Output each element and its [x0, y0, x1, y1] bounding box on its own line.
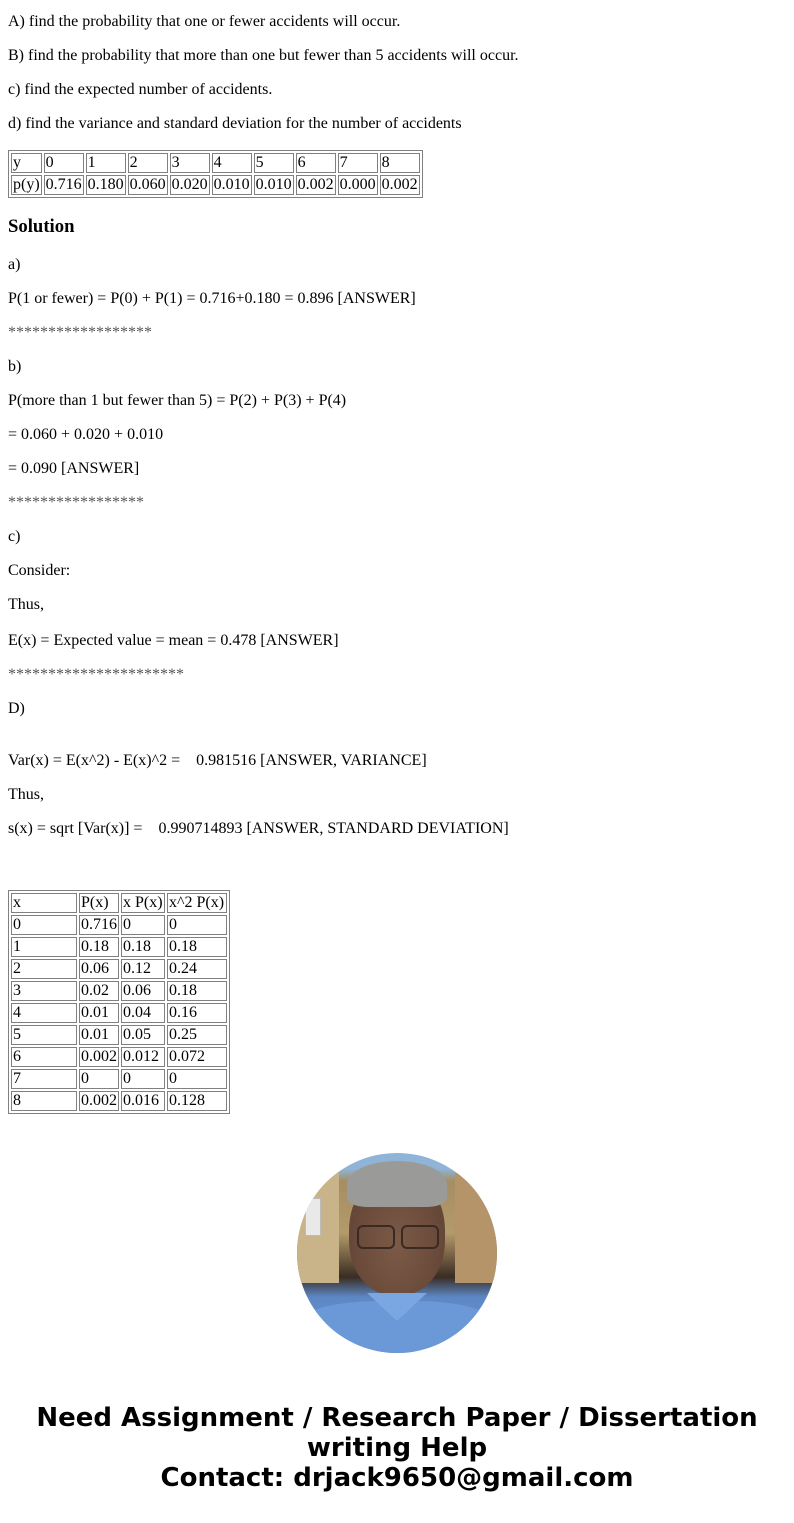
promo-banner: Need Assignment / Research Paper / Disse… [0, 1403, 794, 1493]
table-cell: 0.000 [338, 175, 378, 195]
part-b-sum: = 0.060 + 0.020 + 0.010 [8, 426, 163, 444]
table-cell: 0.01 [79, 1003, 119, 1023]
separator: ********************** [8, 666, 184, 684]
table-cell: 6 [11, 1047, 77, 1067]
column-header: x P(x) [121, 893, 165, 913]
column-header: P(x) [79, 893, 119, 913]
promo-contact: Contact: drjack9650@gmail.com [0, 1463, 794, 1493]
table-cell: 0.016 [121, 1091, 165, 1111]
table-cell: 0.01 [79, 1025, 119, 1045]
part-c-answer: E(x) = Expected value = mean = 0.478 [AN… [8, 632, 339, 650]
distribution-table: y012345678p(y)0.7160.1800.0600.0200.0100… [8, 150, 423, 198]
table-row: 20.060.120.24 [11, 959, 227, 979]
table-cell: 0 [11, 915, 77, 935]
table-cell: 0 [79, 1069, 119, 1089]
solution-heading: Solution [8, 216, 74, 238]
question-c: c) find the expected number of accidents… [8, 81, 272, 99]
table-cell: 0.18 [167, 937, 227, 957]
table-cell: 0 [121, 915, 165, 935]
question-d: d) find the variance and standard deviat… [8, 115, 462, 133]
table-cell: 2 [11, 959, 77, 979]
table-cell: 0.002 [79, 1047, 119, 1067]
part-d-thus: Thus, [8, 786, 44, 804]
table-cell: 5 [11, 1025, 77, 1045]
table-row: 80.0020.0160.128 [11, 1091, 227, 1111]
separator: ***************** [8, 494, 144, 512]
avatar-collar [367, 1293, 397, 1321]
table-cell: 0.04 [121, 1003, 165, 1023]
table-cell: 0.12 [121, 959, 165, 979]
table-cell: y [11, 153, 42, 173]
part-c-thus: Thus, [8, 596, 44, 614]
table-row: y012345678 [11, 153, 420, 173]
avatar-glasses [357, 1225, 395, 1249]
question-b: B) find the probability that more than o… [8, 47, 519, 65]
table-cell: 0.002 [296, 175, 336, 195]
table-cell: 0 [44, 153, 84, 173]
question-a: A) find the probability that one or fewe… [8, 13, 400, 31]
table-cell: 6 [296, 153, 336, 173]
part-c-consider: Consider: [8, 562, 70, 580]
column-header: x^2 P(x) [167, 893, 227, 913]
part-c-label: c) [8, 528, 20, 546]
table-cell: 0.012 [121, 1047, 165, 1067]
column-header: x [11, 893, 77, 913]
table-cell: 3 [11, 981, 77, 1001]
table-cell: 0 [167, 1069, 227, 1089]
table-row: 10.180.180.18 [11, 937, 227, 957]
table-cell: 7 [11, 1069, 77, 1089]
avatar-background [305, 1198, 321, 1236]
table-row: 30.020.060.18 [11, 981, 227, 1001]
table-cell: 0 [167, 915, 227, 935]
table-cell: 0.06 [79, 959, 119, 979]
table-cell: 0.05 [121, 1025, 165, 1045]
table-cell: 0.060 [128, 175, 168, 195]
table-cell: 0 [121, 1069, 165, 1089]
table-cell: 0.002 [380, 175, 420, 195]
table-cell: p(y) [11, 175, 42, 195]
computation-table: xP(x)x P(x)x^2 P(x)00.7160010.180.180.18… [8, 890, 230, 1114]
table-cell: 0.24 [167, 959, 227, 979]
table-row: 7000 [11, 1069, 227, 1089]
avatar-background [455, 1173, 497, 1283]
table-cell: 0.16 [167, 1003, 227, 1023]
table-cell: 3 [170, 153, 210, 173]
part-b-answer: = 0.090 [ANSWER] [8, 460, 139, 478]
table-cell: 0.02 [79, 981, 119, 1001]
table-cell: 0.18 [167, 981, 227, 1001]
table-cell: 8 [11, 1091, 77, 1111]
table-row: p(y)0.7160.1800.0600.0200.0100.0100.0020… [11, 175, 420, 195]
part-d-variance: Var(x) = E(x^2) - E(x)^2 = 0.981516 [ANS… [8, 752, 427, 770]
part-a-label: a) [8, 256, 20, 274]
promo-line: writing Help [0, 1433, 794, 1463]
table-cell: 4 [212, 153, 252, 173]
promo-line: Need Assignment / Research Paper / Disse… [0, 1403, 794, 1433]
part-b-label: b) [8, 358, 21, 376]
table-cell: 0.06 [121, 981, 165, 1001]
table-cell: 0.716 [79, 915, 119, 935]
table-row: 50.010.050.25 [11, 1025, 227, 1045]
table-cell: 0.18 [121, 937, 165, 957]
table-row: 00.71600 [11, 915, 227, 935]
table-cell: 0.072 [167, 1047, 227, 1067]
table-cell: 0.020 [170, 175, 210, 195]
table-cell: 0.180 [86, 175, 126, 195]
part-a-answer: P(1 or fewer) = P(0) + P(1) = 0.716+0.18… [8, 290, 416, 308]
avatar-hair [347, 1161, 447, 1207]
table-cell: 0.002 [79, 1091, 119, 1111]
part-d-label: D) [8, 700, 25, 718]
table-cell: 0.010 [254, 175, 294, 195]
avatar-glasses [401, 1225, 439, 1249]
table-cell: 0.18 [79, 937, 119, 957]
table-cell: 5 [254, 153, 294, 173]
table-row: 60.0020.0120.072 [11, 1047, 227, 1067]
table-cell: 0.128 [167, 1091, 227, 1111]
table-cell: 0.25 [167, 1025, 227, 1045]
table-cell: 8 [380, 153, 420, 173]
table-cell: 0.010 [212, 175, 252, 195]
table-cell: 0.716 [44, 175, 84, 195]
author-avatar [297, 1153, 497, 1353]
part-b-formula: P(more than 1 but fewer than 5) = P(2) +… [8, 392, 346, 410]
table-cell: 7 [338, 153, 378, 173]
table-cell: 1 [86, 153, 126, 173]
table-cell: 2 [128, 153, 168, 173]
table-cell: 4 [11, 1003, 77, 1023]
avatar-collar [397, 1293, 427, 1321]
table-row: 40.010.040.16 [11, 1003, 227, 1023]
separator: ****************** [8, 324, 152, 342]
part-d-std-dev: s(x) = sqrt [Var(x)] = 0.990714893 [ANSW… [8, 820, 509, 838]
table-header-row: xP(x)x P(x)x^2 P(x) [11, 893, 227, 913]
table-cell: 1 [11, 937, 77, 957]
